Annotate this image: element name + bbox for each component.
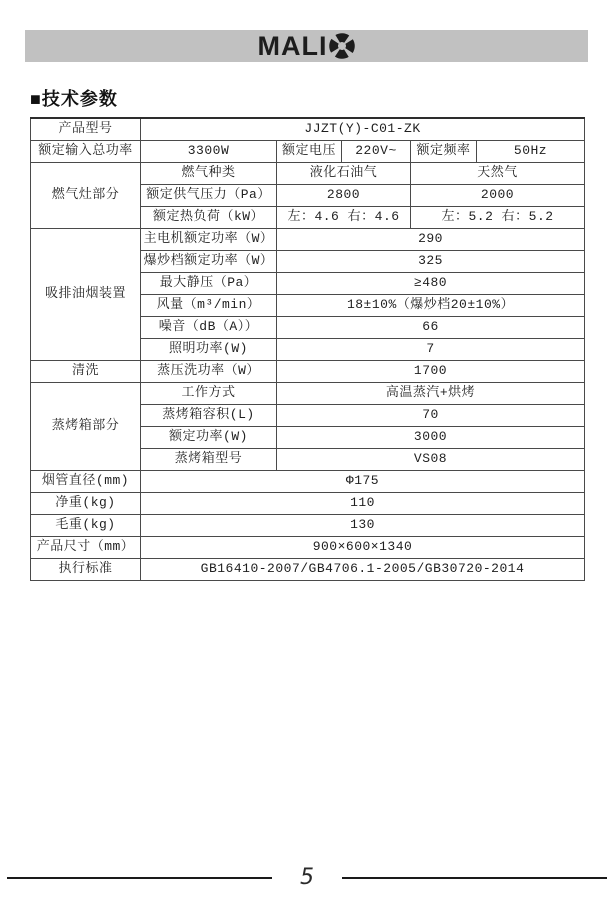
spec-label-cell: 烟管直径(mm) — [31, 471, 141, 493]
spec-label-cell: 蒸烤箱容积(L) — [141, 405, 277, 427]
footer-rule-left — [7, 877, 272, 879]
gas-type-lpg: 液化石油气 — [277, 163, 411, 185]
spec-value-cell: VS08 — [277, 449, 585, 471]
gas-pressure-ng: 2000 — [411, 185, 585, 207]
rated-voltage-value: 220V~ — [342, 141, 411, 163]
heat-load-ng: 左：5.2 右：5.2 — [411, 207, 585, 229]
rated-input-power-value: 3300W — [141, 141, 277, 163]
spec-label-cell: 产品尺寸（mm） — [31, 537, 141, 559]
spec-label-cell: 额定功率(W) — [141, 427, 277, 449]
gas-type-ng: 天然气 — [411, 163, 585, 185]
footer-rule-right — [342, 877, 607, 879]
spec-label-cell: 噪音（dB（A）） — [141, 317, 277, 339]
spec-label-cell: 工作方式 — [141, 383, 277, 405]
row-product-size: 产品尺寸（mm） 900×600×1340 — [31, 537, 585, 559]
spec-label-cell: 照明功率(W) — [141, 339, 277, 361]
spec-value-cell: 18±10%（爆炒档20±10%） — [277, 295, 585, 317]
rated-frequency-value: 50Hz — [477, 141, 585, 163]
spec-label-cell: 蒸烤箱型号 — [141, 449, 277, 471]
row-gas-type: 燃气灶部分 燃气种类 液化石油气 天然气 — [31, 163, 585, 185]
brand-logo-text: MALI — [258, 33, 328, 60]
cleaning-power-label: 蒸压洗功率（W） — [141, 361, 277, 383]
gas-section-label: 燃气灶部分 — [31, 163, 141, 229]
spec-label-cell: 净重(kg) — [31, 493, 141, 515]
spec-label-cell: 毛重(kg) — [31, 515, 141, 537]
gas-type-label: 燃气种类 — [141, 163, 277, 185]
spec-value-cell: GB16410-2007/GB4706.1-2005/GB30720-2014 — [141, 559, 585, 581]
brand-banner: MALI — [25, 30, 588, 62]
product-model-label: 产品型号 — [31, 118, 141, 141]
spec-value-cell: 110 — [141, 493, 585, 515]
segmented-o-icon — [329, 33, 355, 59]
row-standard: 执行标准 GB16410-2007/GB4706.1-2005/GB30720-… — [31, 559, 585, 581]
rated-input-power-label: 额定输入总功率 — [31, 141, 141, 163]
spec-value-cell: 290 — [277, 229, 585, 251]
row-gross-weight: 毛重(kg) 130 — [31, 515, 585, 537]
spec-value-cell: 66 — [277, 317, 585, 339]
row-oven-mode: 蒸烤箱部分 工作方式 高温蒸汽+烘烤 — [31, 383, 585, 405]
spec-value-cell: 3000 — [277, 427, 585, 449]
product-model-value: JJZT(Y)-C01-ZK — [141, 118, 585, 141]
hood-section-label: 吸排油烟装置 — [31, 229, 141, 361]
oven-section-label: 蒸烤箱部分 — [31, 383, 141, 471]
gas-pressure-label: 额定供气压力（Pa） — [141, 185, 277, 207]
spec-value-cell: 70 — [277, 405, 585, 427]
spec-label-cell: 爆炒档额定功率（W） — [141, 251, 277, 273]
heat-load-label: 额定热负荷（kW） — [141, 207, 277, 229]
cleaning-section-label: 清洗 — [31, 361, 141, 383]
row-net-weight: 净重(kg) 110 — [31, 493, 585, 515]
row-cleaning: 清洗 蒸压洗功率（W） 1700 — [31, 361, 585, 383]
spec-value-cell: 高温蒸汽+烘烤 — [277, 383, 585, 405]
heat-load-lpg: 左：4.6 右：4.6 — [277, 207, 411, 229]
cleaning-power-value: 1700 — [277, 361, 585, 383]
spec-label-cell: 最大静压（Pa） — [141, 273, 277, 295]
rated-voltage-label: 额定电压 — [277, 141, 342, 163]
row-duct-diameter: 烟管直径(mm) Φ175 — [31, 471, 585, 493]
spec-value-cell: ≥480 — [277, 273, 585, 295]
spec-label-cell: 风量（m³/min） — [141, 295, 277, 317]
spec-value-cell: Φ175 — [141, 471, 585, 493]
page-footer: 5 — [7, 866, 607, 890]
row-product-model: 产品型号 JJZT(Y)-C01-ZK — [31, 118, 585, 141]
rated-frequency-label: 额定频率 — [411, 141, 477, 163]
spec-value-cell: 130 — [141, 515, 585, 537]
page-title: ■技术参数 — [30, 85, 118, 111]
page-number: 5 — [300, 867, 314, 889]
row-rated-input-power: 额定输入总功率 3300W 额定电压 220V~ 额定频率 50Hz — [31, 141, 585, 163]
spec-value-cell: 7 — [277, 339, 585, 361]
spec-table: 产品型号 JJZT(Y)-C01-ZK 额定输入总功率 3300W 额定电压 2… — [30, 117, 585, 581]
gas-pressure-lpg: 2800 — [277, 185, 411, 207]
spec-label-cell: 执行标准 — [31, 559, 141, 581]
spec-value-cell: 325 — [277, 251, 585, 273]
spec-label-cell: 主电机额定功率（W） — [141, 229, 277, 251]
spec-value-cell: 900×600×1340 — [141, 537, 585, 559]
row-hood-motor-power: 吸排油烟装置 主电机额定功率（W） 290 — [31, 229, 585, 251]
